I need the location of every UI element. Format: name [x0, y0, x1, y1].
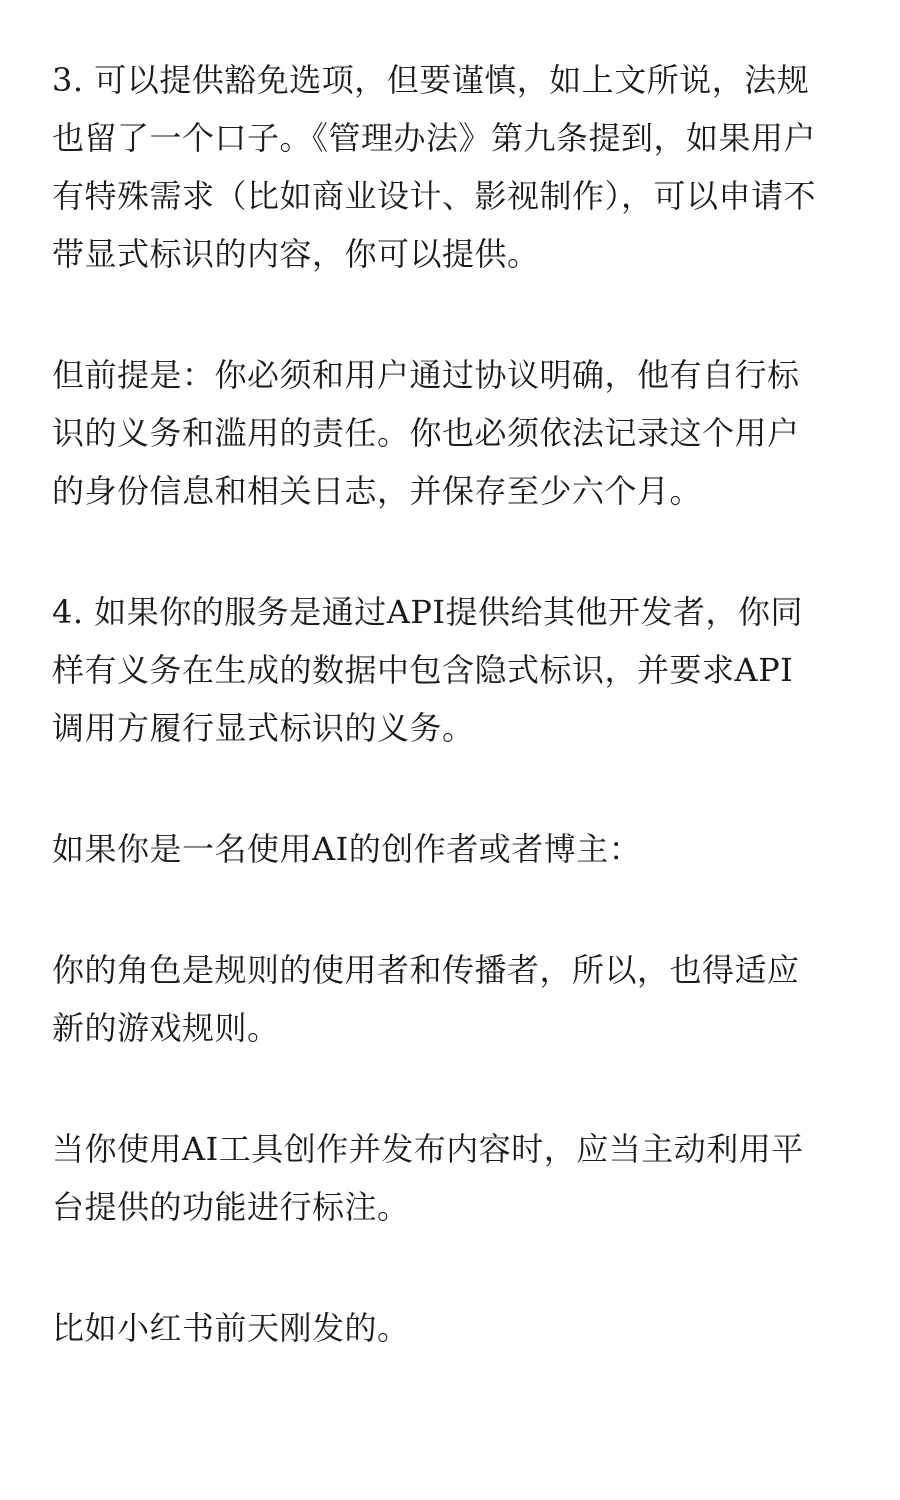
text-line: 比如小红书前天刚发的。: [52, 1299, 852, 1357]
text-line: 样有义务在生成的数据中包含隐式标识，并要求API: [52, 641, 852, 699]
text-line: 有特殊需求（比如商业设计、影视制作），可以申请不: [52, 167, 852, 225]
text-line: 台提供的功能进行标注。: [52, 1178, 852, 1236]
text-line: 的身份信息和相关日志，并保存至少六个月。: [52, 462, 852, 520]
text-line: 如果你是一名使用AI的创作者或者博主：: [52, 820, 852, 878]
text-line: 你的角色是规则的使用者和传播者，所以，也得适应: [52, 941, 852, 999]
text-line: 3. 可以提供豁免选项，但要谨慎，如上文所说，法规: [52, 51, 852, 109]
text-line: 识的义务和滥用的责任。你也必须依法记录这个用户: [52, 404, 852, 462]
paragraph-creator-role: 你的角色是规则的使用者和传播者，所以，也得适应 新的游戏规则。: [52, 941, 852, 1057]
text-line: 新的游戏规则。: [52, 999, 852, 1057]
paragraph-creator-heading: 如果你是一名使用AI的创作者或者博主：: [52, 820, 852, 878]
paragraph-api-obligation: 4. 如果你的服务是通过API提供给其他开发者，你同 样有义务在生成的数据中包含…: [52, 583, 852, 757]
paragraph-exemption-option: 3. 可以提供豁免选项，但要谨慎，如上文所说，法规 也留了一个口子。《管理办法》…: [52, 51, 852, 283]
text-line: 当你使用AI工具创作并发布内容时，应当主动利用平: [52, 1120, 852, 1178]
paragraph-precondition: 但前提是：你必须和用户通过协议明确，他有自行标 识的义务和滥用的责任。你也必须依…: [52, 346, 852, 520]
paragraph-labeling-advice: 当你使用AI工具创作并发布内容时，应当主动利用平 台提供的功能进行标注。: [52, 1120, 852, 1236]
article-body: 3. 可以提供豁免选项，但要谨慎，如上文所说，法规 也留了一个口子。《管理办法》…: [52, 51, 852, 1420]
text-line: 4. 如果你的服务是通过API提供给其他开发者，你同: [52, 583, 852, 641]
text-line: 但前提是：你必须和用户通过协议明确，他有自行标: [52, 346, 852, 404]
text-line: 调用方履行显式标识的义务。: [52, 699, 852, 757]
paragraph-xiaohongshu-example: 比如小红书前天刚发的。: [52, 1299, 852, 1357]
text-line: 也留了一个口子。《管理办法》第九条提到，如果用户: [52, 109, 852, 167]
text-line: 带显式标识的内容，你可以提供。: [52, 225, 852, 283]
